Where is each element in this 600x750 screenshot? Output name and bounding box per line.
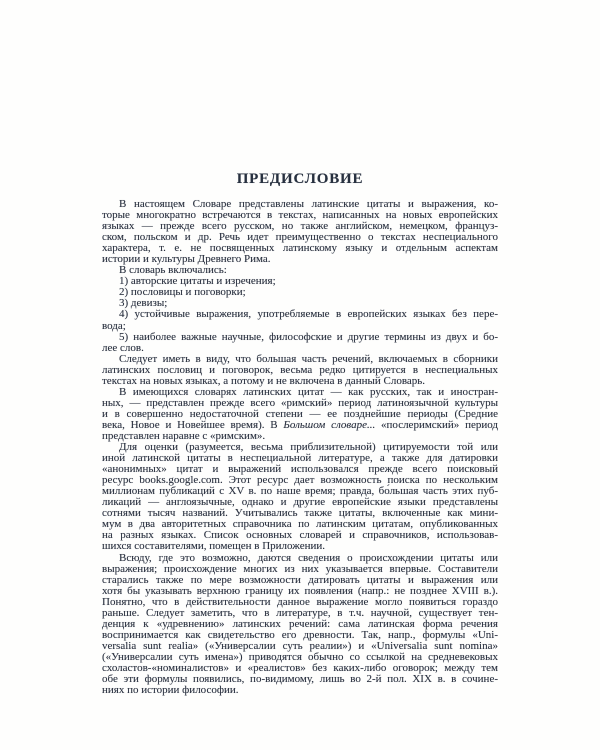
text-line: лее слов.: [102, 343, 498, 354]
text-line: 4) устойчивые выражения, употребляемые в…: [102, 309, 498, 320]
text-line: Всюду, где это возможно, даются сведения…: [102, 553, 498, 564]
text-line: ниях по истории философии.: [102, 685, 498, 696]
preface-text: В настоящем Словаре представлены латинск…: [102, 199, 498, 696]
text-line: 5) наиболее важные научные, философские …: [102, 332, 498, 343]
scanned-book-page: ПРЕДИСЛОВИЕ В настоящем Словаре представ…: [0, 0, 600, 750]
preface-content: ПРЕДИСЛОВИЕ В настоящем Словаре представ…: [102, 171, 498, 696]
text-line: выражения; происхождение многих из них у…: [102, 564, 498, 575]
text-line: шихся составителями, помещен в Приложени…: [102, 541, 498, 552]
text-line: вода;: [102, 321, 498, 332]
page-title: ПРЕДИСЛОВИЕ: [102, 171, 498, 187]
text-line: старались также по мере возможности дати…: [102, 575, 498, 586]
